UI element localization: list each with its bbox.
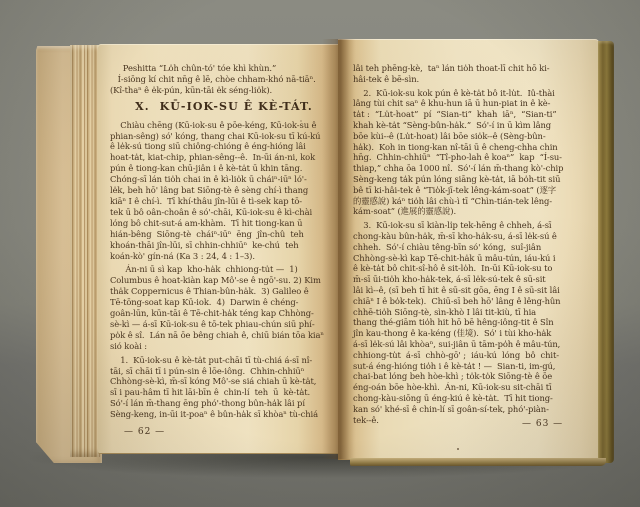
text-line: Chóng-sī lán tio̍h chai in ê kì-lio̍k ū …: [110, 174, 338, 185]
text-line: tha̍k Coppernicus ê Thian-bûn-ha̍k. 3) G…: [110, 286, 338, 297]
paragraph: 2. Kū-iok-su kok pún ê kè-ta̍t bô it-lu̍…: [353, 88, 577, 218]
text-line: hâi-tek ê bē-sìn.: [353, 74, 577, 85]
text-line: sī i pau-hâm tī hit lāi-bīn ê chin-lí te…: [110, 387, 338, 398]
text-line: khoán-thāi jîn-lūi, sī chhin-chhiūⁿ ke-c…: [110, 240, 338, 251]
text-line: Columbus ê hoat-kiàn kap Mô'-se ê ngō'-s…: [110, 275, 338, 286]
text-line: lâi kì--ê, (sī beh tī hit ê sū-sit gōa, …: [353, 285, 577, 296]
text-line: kiāⁿ I ê chí-ì. Tī khí-thâu jîn-lūi ê tì…: [110, 196, 338, 207]
text-line: le̍k, beh hō' lâng bat Siōng-tè ê sèng c…: [110, 185, 338, 196]
text-line: m̄-sī ūi-tio̍h kho-ha̍k-tek, á-sī le̍k-s…: [353, 274, 577, 285]
paragraph: Chiàu chēng (Kū-iok-su ê pōe-kéng, Kū-io…: [110, 120, 338, 262]
text-line: chai-bat lóng beh hòe-khì ; to̍k-to̍k Si…: [353, 371, 577, 382]
text-line: 3. Kū-iok-su sī kiàn-li̍p tek-hēng ê chh…: [353, 220, 577, 231]
text-line: sè-kì — á-sī Kū-iok-su ê tō-tek phiau-ch…: [110, 319, 338, 330]
paragraph: 1. Kū-iok-su ê kè-ta̍t put-chāi tī tù-ch…: [110, 355, 338, 420]
text-line: chong-kàu bûn-ha̍k, m̄-sī kho-ha̍k-su, á…: [353, 231, 577, 242]
text-line: Chhòng-sè-kì kap Tē-chit-ha̍k ū mâu-tún,…: [353, 253, 577, 264]
book-photo: Peshitta “Lo̍h chûn-tó' tóe khì khùn.” Í…: [0, 0, 640, 507]
text-line: bōe kùi--ê (Lu̍t-hoat) lâi bōe sio̍k--ê …: [353, 131, 577, 142]
text-line: Peshitta “Lo̍h chûn-tó' tóe khì khùn.”: [110, 63, 338, 74]
text-line: hn̄g. Chhin-chhiūⁿ “Tî-pho-lah ê koaⁿ” k…: [353, 152, 577, 163]
text-line: thang thé-giām tio̍h hit hō bē hêng-iông…: [353, 317, 577, 328]
text-line: Sèng-keng ta̍k pún lóng siāng kè-ta̍t, i…: [353, 174, 577, 185]
text-line: Chiàu chēng (Kū-iok-su ê pōe-kéng, Kū-io…: [110, 120, 338, 131]
text-line: ha̍k). Koh in tiong-kan nî-tāi ū ê cheng…: [353, 142, 577, 153]
text-line: á-sī le̍k-sú lâi khòaⁿ, sui-jiân ū tām-p…: [353, 339, 577, 350]
text-line: kám-soat” (進展的靈感說).: [353, 206, 577, 217]
text-line: kan só' khé-sī ê chin-lí sī goân-sí-tek,…: [353, 404, 577, 415]
intro-block: Peshitta “Lo̍h chûn-tó' tóe khì khùn.” Í…: [110, 63, 338, 96]
left-page-text: Peshitta “Lo̍h chûn-tó' tóe khì khùn.” Í…: [110, 63, 338, 420]
continuation-paragraph: lâi teh phēng-kè, taⁿ lán tio̍h thoat-lī…: [353, 63, 577, 85]
text-line: hoat-ta̍t, kiat-chip, phian-sêng--ê. In-…: [110, 152, 338, 163]
paragraph: Án-ni ū sì kap kho-ha̍k chhiong-tu̍t — 1…: [110, 264, 338, 351]
text-line: jîn kau-thong ê ka-kéng (佳境). Só' i tùi …: [353, 328, 577, 339]
text-line: chhē-tio̍h Siōng-tè, sìn-khò I lâi tit-k…: [353, 307, 577, 318]
text-line: 的靈感說) káⁿ tio̍h lâi chù-ì tī “Chìn-tián-…: [353, 196, 577, 207]
text-line: Chhòng-sè-kì, m̄-sī kóng Mô'-se siá chia…: [110, 376, 338, 387]
text-line: sió koài :: [110, 341, 338, 352]
text-line: chheh. Só'-í chiàu têng-bīn só' kóng, su…: [353, 242, 577, 253]
text-line: Í-siōng kí chit nn̄g ê lē, chòe chham-kh…: [110, 74, 338, 85]
book-bottom-cover-edge: [350, 458, 606, 466]
section-heading: X. KŪ-IOK-SU Ê KÈ-TÁT.: [110, 102, 338, 113]
text-line: tāi, sī chāi tī i pún-sin ê lōe-iông. Ch…: [110, 366, 338, 377]
right-page-text: lâi teh phēng-kè, taⁿ lán tio̍h thoat-lī…: [353, 63, 577, 425]
text-line: Tē-tōng-soat kap Kū-iok. 4) Darwin ê ché…: [110, 297, 338, 308]
text-line: sut-á éng-hióng tio̍h i ê kè-ta̍t ! — Si…: [353, 361, 577, 372]
text-line: ê kè-ta̍t bô chit-sî-hô ê sit-lo̍h. In-ū…: [353, 263, 577, 274]
text-line: ta̍t : “Lu̍t-hoat” pí “Sian-ti” khah iāⁿ…: [353, 109, 577, 120]
text-line: bê tī ki-hâi-tek ê “Tio̍k-jī-tek lêng-ká…: [353, 185, 577, 196]
text-line: Sèng-keng, in-ūi it-poaⁿ ê bûn-ha̍k sī k…: [110, 409, 338, 420]
text-line: thiap,” chha ōa 1000 nî. Só'-í lán m̄-th…: [353, 163, 577, 174]
text-line: po̍k ê sî. Lán nā ōe bêng chiah ê, chiū …: [110, 330, 338, 341]
text-line: khah kè-ta̍t “Sèng-bûn-ha̍k.” Só'-í in ū…: [353, 120, 577, 131]
text-line: Só'-í lán m̄-thang ēng phó'-thong bûn-ha…: [110, 398, 338, 409]
left-page-number: — 62 —: [124, 427, 165, 437]
text-line: ê le̍k-sú tiong siū chiông-chióng ê éng-…: [110, 141, 338, 152]
text-line: éng-oán bōe hòe-khì. Án-ni, Kū-iok-su si…: [353, 382, 577, 393]
text-line: chhiong-tu̍t á-sī chhò-gō' ; iáu-kú lóng…: [353, 350, 577, 361]
text-line: pún ê tiong-kan chū-jiân i ê kè-ta̍t ū k…: [110, 163, 338, 174]
paragraph: 3. Kū-iok-su sī kiàn-li̍p tek-hēng ê chh…: [353, 220, 577, 425]
text-line: 2. Kū-iok-su kok pún ê kè-ta̍t bô it-lu̍…: [353, 88, 577, 99]
text-line: tek ū bô oân-choân ê só'-chāi, Kū-iok-su…: [110, 207, 338, 218]
left-page-edge-stack: [70, 45, 101, 457]
right-page-number: — 63 —: [522, 419, 563, 429]
text-line: (Kî-thaⁿ ê e̍k-pún, kūn-tāi e̍k séng-lio…: [110, 85, 338, 96]
text-line: Án-ni ū sì kap kho-ha̍k chhiong-tu̍t — 1…: [110, 264, 338, 275]
text-line: lâi teh phēng-kè, taⁿ lán tio̍h thoat-lī…: [353, 63, 577, 74]
text-line: chong-kàu-siōng ū éng-kiú ê kè-ta̍t. Tī …: [353, 393, 577, 404]
paper-speck: [300, 120, 302, 122]
text-line: goân-lūn, kūn-tāi ê Tē-chit-ha̍k téng ka…: [110, 308, 338, 319]
book-fore-edge-cover: [598, 41, 614, 463]
text-line: 1. Kū-iok-su ê kè-ta̍t put-chāi tī tù-ch…: [110, 355, 338, 366]
text-line: chiāⁿ I ê bo̍k-tek). Chiū-sī beh hō' lân…: [353, 296, 577, 307]
text-line: koán-kò' gín-ná (Ka 3 : 24, 4 : 1–3).: [110, 251, 338, 262]
text-line: lâng tùi chit saⁿ ê khu-hun iā ū hun-pia…: [353, 98, 577, 109]
text-line: hián-bêng Siōng-tè cháiⁿ-iūⁿ ēng jîn-chû…: [110, 229, 338, 240]
text-line: phian-sêng) só' kóng, thang chai Kū-iok-…: [110, 131, 338, 142]
text-line: lóng bô chit-sut-á am-khàm. Tī hit tiong…: [110, 218, 338, 229]
paper-speck: [457, 448, 459, 450]
